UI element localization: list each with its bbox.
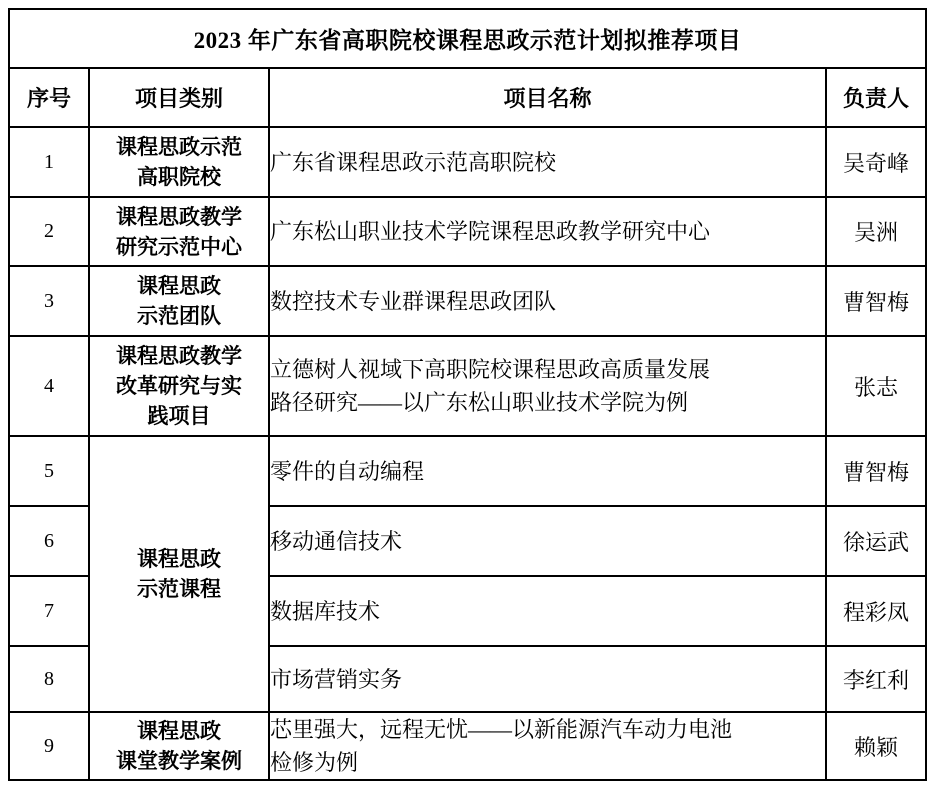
row-2-name: 广东松山职业技术学院课程思政教学研究中心 xyxy=(269,197,826,266)
row-9-category: 课程思政 课堂教学案例 xyxy=(89,712,269,780)
row-7-person: 程彩凤 xyxy=(826,576,926,646)
row-5-no: 5 xyxy=(9,436,89,506)
row-4-person: 张志 xyxy=(826,336,926,436)
row-9-name: 芯里强大，远程无忧——以新能源汽车动力电池 检修为例 xyxy=(269,712,826,780)
row-7-name: 数据库技术 xyxy=(269,576,826,646)
row-4-category: 课程思政教学 改革研究与实 践项目 xyxy=(89,336,269,436)
row-1-name: 广东省课程思政示范高职院校 xyxy=(269,127,826,197)
row-4-no: 4 xyxy=(9,336,89,436)
table-row: 4 课程思政教学 改革研究与实 践项目 立德树人视域下高职院校课程思政高质量发展… xyxy=(9,336,926,436)
table-row: 5 课程思政 示范课程 零件的自动编程 曹智梅 xyxy=(9,436,926,506)
table-row: 9 课程思政 课堂教学案例 芯里强大，远程无忧——以新能源汽车动力电池 检修为例… xyxy=(9,712,926,780)
row-8-person: 李红利 xyxy=(826,646,926,712)
row-3-category: 课程思政 示范团队 xyxy=(89,266,269,336)
row-9-person: 赖颖 xyxy=(826,712,926,780)
row-5-name: 零件的自动编程 xyxy=(269,436,826,506)
row-2-category: 课程思政教学 研究示范中心 xyxy=(89,197,269,266)
row-2-person: 吴洲 xyxy=(826,197,926,266)
header-name: 项目名称 xyxy=(269,68,826,127)
row-6-person: 徐运武 xyxy=(826,506,926,576)
row-9-no: 9 xyxy=(9,712,89,780)
table-row: 2 课程思政教学 研究示范中心 广东松山职业技术学院课程思政教学研究中心 吴洲 xyxy=(9,197,926,266)
table-title: 2023 年广东省高职院校课程思政示范计划拟推荐项目 xyxy=(9,9,926,68)
table-row: 3 课程思政 示范团队 数控技术专业群课程思政团队 曹智梅 xyxy=(9,266,926,336)
row-8-no: 8 xyxy=(9,646,89,712)
recommendation-table: 2023 年广东省高职院校课程思政示范计划拟推荐项目 序号 项目类别 项目名称 … xyxy=(8,8,927,781)
row-6-name: 移动通信技术 xyxy=(269,506,826,576)
header-row: 序号 项目类别 项目名称 负责人 xyxy=(9,68,926,127)
row-3-person: 曹智梅 xyxy=(826,266,926,336)
table-row: 1 课程思政示范 高职院校 广东省课程思政示范高职院校 吴奇峰 xyxy=(9,127,926,197)
row-4-name: 立德树人视域下高职院校课程思政高质量发展 路径研究——以广东松山职业技术学院为例 xyxy=(269,336,826,436)
header-no: 序号 xyxy=(9,68,89,127)
row-5-8-merged-category: 课程思政 示范课程 xyxy=(89,436,269,712)
row-3-no: 3 xyxy=(9,266,89,336)
header-person: 负责人 xyxy=(826,68,926,127)
row-3-name: 数控技术专业群课程思政团队 xyxy=(269,266,826,336)
title-row: 2023 年广东省高职院校课程思政示范计划拟推荐项目 xyxy=(9,9,926,68)
header-category: 项目类别 xyxy=(89,68,269,127)
row-1-category: 课程思政示范 高职院校 xyxy=(89,127,269,197)
row-6-no: 6 xyxy=(9,506,89,576)
row-2-no: 2 xyxy=(9,197,89,266)
row-8-name: 市场营销实务 xyxy=(269,646,826,712)
row-7-no: 7 xyxy=(9,576,89,646)
document-page: 2023 年广东省高职院校课程思政示范计划拟推荐项目 序号 项目类别 项目名称 … xyxy=(0,0,932,786)
row-1-person: 吴奇峰 xyxy=(826,127,926,197)
row-5-person: 曹智梅 xyxy=(826,436,926,506)
row-1-no: 1 xyxy=(9,127,89,197)
